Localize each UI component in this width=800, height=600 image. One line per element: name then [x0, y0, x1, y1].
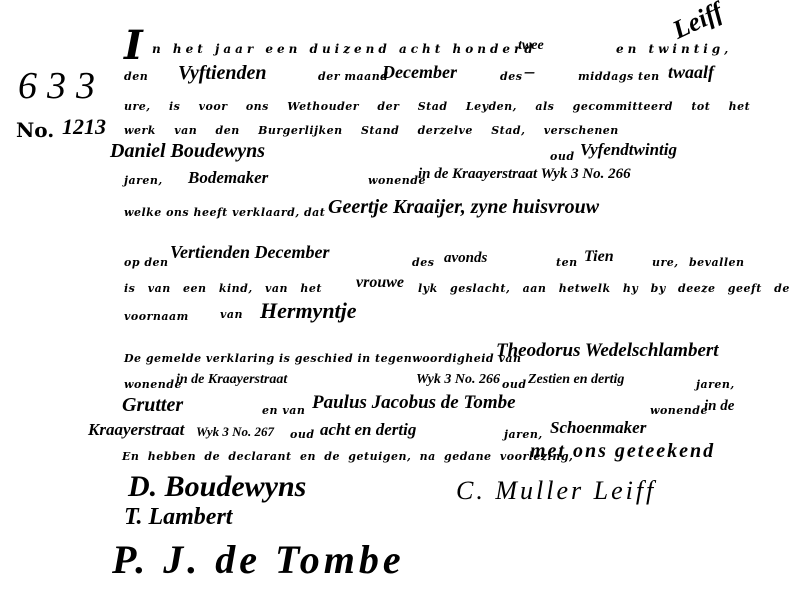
print-text: welke ons heeft verklaard, dat	[124, 206, 325, 219]
signature-witness-1: T. Lambert	[124, 504, 232, 531]
handwritten-month: December	[382, 62, 457, 83]
print-text: lyk geslacht, aan hetwelk hy by deeze ge…	[418, 282, 790, 295]
print-text: ure, is voor ons Wethouder der Stad Leyd…	[124, 100, 750, 113]
mother-name: Geertje Kraaijer, zyne huisvrouw	[328, 196, 599, 219]
witness-2-address: Wyk 3 No. 267	[196, 424, 274, 440]
witness-2-address-prefix: in de	[704, 398, 734, 415]
child-name: Hermyntje	[260, 298, 357, 324]
witness-1-address-prefix: in de Kraayerstraat	[176, 372, 287, 388]
print-text: op den	[124, 256, 169, 269]
print-text: jaren,	[696, 378, 735, 391]
witness-1-age: Zestien en dertig	[528, 372, 624, 388]
print-text: en twintig,	[616, 42, 732, 56]
print-text: wonende	[650, 404, 708, 417]
print-text: oud	[290, 428, 315, 441]
print-text: oud	[502, 378, 527, 391]
dash: —	[524, 66, 536, 79]
signature-declarant: D. Boudewyns	[128, 470, 306, 504]
declarant-occupation: Bodemaker	[188, 168, 268, 188]
print-text: De gemelde verklaring is geschied in teg…	[124, 352, 521, 365]
signing-clause: met ons geteekend	[530, 440, 715, 463]
print-text: der maand	[318, 70, 388, 83]
corner-initials: Leiff	[668, 0, 727, 45]
print-text: is van een kind, van het	[124, 282, 322, 295]
birth-hour: Tien	[584, 248, 614, 266]
print-text: middags ten	[578, 70, 660, 83]
handwritten-hour: twaalf	[668, 62, 714, 83]
witness-1-occupation: Grutter	[122, 394, 183, 417]
print-text: oud	[550, 150, 575, 163]
print-text: En hebben de declarant en de getuigen, n…	[122, 450, 573, 463]
drop-cap: I	[124, 26, 143, 66]
witness-2-age: acht en dertig	[320, 420, 416, 440]
print-text: en van	[262, 404, 305, 417]
act-number-label: No.	[16, 118, 54, 142]
declarant-name: Daniel Boudewyns	[110, 140, 265, 163]
witness-2-name: Paulus Jacobus de Tombe	[312, 392, 516, 414]
witness-2-occupation: Schoenmaker	[550, 418, 646, 438]
register-number: 633	[18, 64, 105, 108]
print-text: den	[124, 70, 148, 83]
child-sex: vrouwe	[356, 274, 404, 292]
witness-1-name: Theodorus Wedelschlambert	[496, 340, 719, 362]
witness-2-street: Kraayerstraat	[88, 420, 184, 440]
print-text: van	[220, 308, 243, 321]
handwritten-day: Vyftienden	[178, 62, 267, 85]
birth-time-period: avonds	[444, 250, 487, 267]
print-text: des	[412, 256, 434, 269]
print-text: ten	[556, 256, 578, 269]
signature-witness-2: P. J. de Tombe	[112, 536, 405, 583]
print-text: wonende	[124, 378, 182, 391]
print-text: voornaam	[124, 310, 189, 323]
print-text: jaren,	[124, 174, 163, 187]
print-text: des	[500, 70, 522, 83]
declarant-address: in de Kraayerstraat Wyk 3 No. 266	[418, 166, 631, 183]
declarant-age: Vyfendtwintig	[580, 140, 677, 160]
witness-1-address: Wyk 3 No. 266	[416, 372, 500, 388]
act-number: 1213	[62, 114, 106, 140]
handwritten-year: twee	[518, 38, 544, 54]
print-text: ure, bevallen	[652, 256, 745, 269]
birth-date: Vertienden December	[170, 242, 329, 263]
print-text: n het jaar een duizend acht honderd	[152, 42, 537, 56]
signature-official: C. Muller Leiff	[456, 476, 656, 506]
print-text: werk van den Burgerlijken Stand derzelve…	[124, 124, 619, 137]
